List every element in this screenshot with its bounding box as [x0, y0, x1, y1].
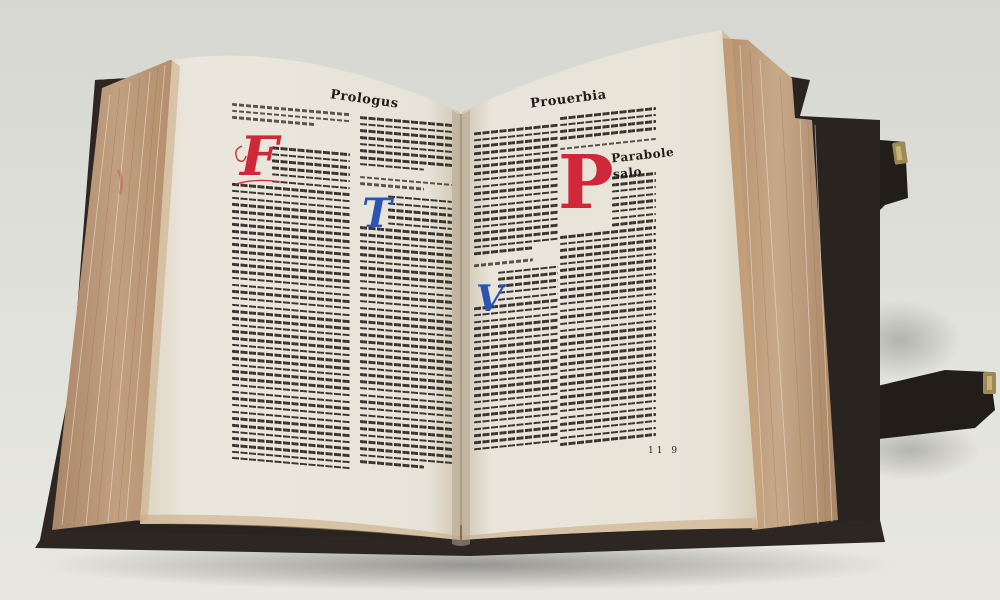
blue-initial-t: T [362, 190, 392, 237]
photo-scene: Prologus Prouerbia [0, 0, 1000, 600]
lower-clasp [860, 370, 996, 440]
blue-initial-v: V [476, 278, 504, 320]
initial-flourish [228, 128, 288, 188]
folio-number: 11 9 [648, 446, 680, 456]
chapter-start-text: Parabole salo [610, 146, 659, 183]
red-initial-p: P [558, 140, 614, 226]
left-page-column-2 [360, 116, 452, 474]
